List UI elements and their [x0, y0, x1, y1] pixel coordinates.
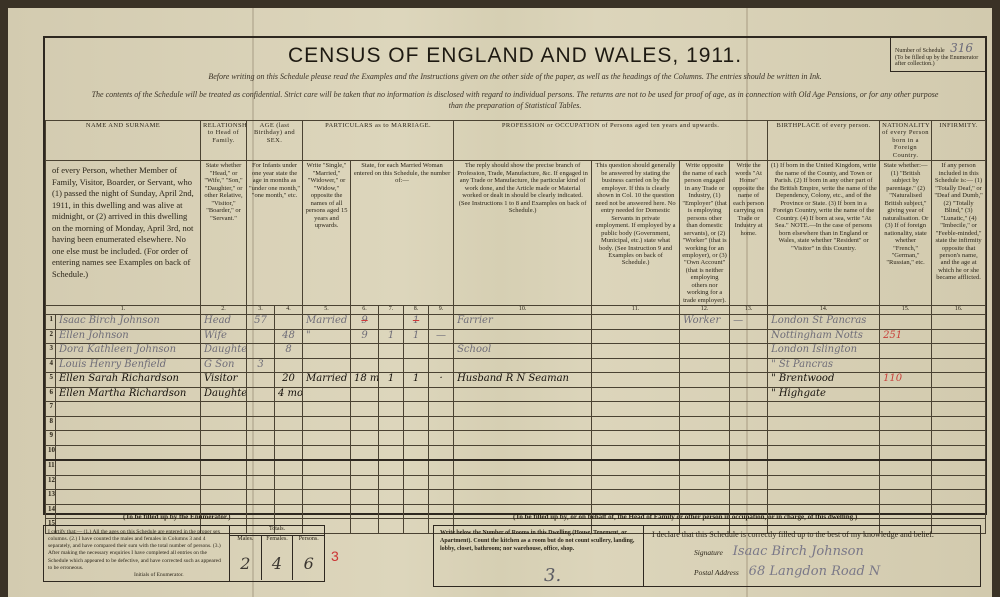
- age-female: [275, 431, 303, 446]
- age-male: [247, 344, 275, 359]
- age-male: 3: [247, 358, 275, 373]
- personal-occupation: [454, 460, 592, 475]
- age-female: 48: [275, 329, 303, 344]
- years-married: 9: [351, 329, 379, 344]
- signature-row: Signature Isaac Birch Johnson: [694, 544, 864, 559]
- children-living: [404, 431, 429, 446]
- header-nationality: NATIONALITY of every Person born in a Fo…: [880, 121, 932, 161]
- marital-status: ": [303, 329, 351, 344]
- age-female: [275, 402, 303, 417]
- schedule-number-note: (To be filled up by the Enumerator after…: [895, 55, 981, 67]
- industry: [592, 475, 680, 490]
- industry: [592, 445, 680, 460]
- row-number: 7: [46, 402, 56, 417]
- industry: [592, 387, 680, 402]
- relationship: [201, 490, 247, 505]
- header-marriage: PARTICULARS as to MARRIAGE.: [303, 121, 454, 161]
- years-married: [351, 460, 379, 475]
- instruction-infirmity: If any person included in this Schedule …: [932, 161, 986, 306]
- col-num: 10.: [454, 306, 592, 315]
- nationality: [880, 344, 932, 359]
- working-at-home: [730, 460, 768, 475]
- age-female: [275, 490, 303, 505]
- row-number: 4: [46, 358, 56, 373]
- person-name: Ellen Martha Richardson: [56, 387, 201, 402]
- header-name: NAME AND SURNAME: [46, 121, 201, 161]
- header-relationship: RELATIONSHIP to Head of Family.: [201, 121, 247, 161]
- table-row: 3Dora Kathleen JohnsonDaughter8SchoolLon…: [46, 344, 986, 359]
- rooms-value: 3.: [544, 564, 561, 587]
- infirmity: [932, 416, 986, 431]
- infirmity: [932, 329, 986, 344]
- infirmity: [932, 387, 986, 402]
- working-at-home: [730, 329, 768, 344]
- person-name: [56, 475, 201, 490]
- rooms-instruction: Write below the Number of Rooms in this …: [440, 530, 634, 552]
- working-at-home: [730, 344, 768, 359]
- children-total: [379, 344, 404, 359]
- personal-occupation: Husband R N Seaman: [454, 373, 592, 388]
- years-married: [351, 387, 379, 402]
- children-living: [404, 358, 429, 373]
- age-female: [275, 460, 303, 475]
- years-married: [351, 431, 379, 446]
- person-name: [56, 490, 201, 505]
- birthplace: [768, 460, 880, 475]
- table-row: 9: [46, 431, 986, 446]
- infirmity: [932, 373, 986, 388]
- nationality: [880, 445, 932, 460]
- nationality: [880, 358, 932, 373]
- children-total: [379, 460, 404, 475]
- age-male: 57: [247, 315, 275, 330]
- table-row: 1Isaac Birch JohnsonHead57Married91Farri…: [46, 315, 986, 330]
- birthplace: [768, 445, 880, 460]
- header-occupation: PROFESSION or OCCUPATION of Persons aged…: [454, 121, 768, 161]
- children-died: [429, 387, 454, 402]
- years-married: [351, 402, 379, 417]
- age-male: [247, 431, 275, 446]
- row-number: 13: [46, 490, 56, 505]
- personal-occupation: [454, 475, 592, 490]
- declaration-box: I declare that this Schedule is correctl…: [643, 525, 981, 587]
- census-table: NAME AND SURNAME RELATIONSHIP to Head of…: [45, 120, 986, 534]
- row-number: 11: [46, 460, 56, 475]
- table-row: 13: [46, 490, 986, 505]
- working-at-home: [730, 490, 768, 505]
- age-female: [275, 475, 303, 490]
- birthplace: Nottingham Notts: [768, 329, 880, 344]
- children-living: [404, 344, 429, 359]
- red-annotation: 3: [331, 548, 339, 564]
- column-number-row: 1. 2. 3. 4. 5. 6. 7. 8. 9. 10. 11. 12. 1…: [46, 306, 986, 315]
- birthplace: " Brentwood: [768, 373, 880, 388]
- household-label: (To be filled up by, or on behalf of, th…: [513, 513, 857, 521]
- census-schedule-page: CENSUS OF ENGLAND AND WALES, 1911. Befor…: [8, 8, 992, 597]
- children-total: [379, 445, 404, 460]
- children-died: ·: [429, 373, 454, 388]
- person-name: [56, 402, 201, 417]
- children-total: [379, 402, 404, 417]
- years-married: 18 mon: [351, 373, 379, 388]
- children-died: [429, 460, 454, 475]
- table-row: 12: [46, 475, 986, 490]
- birthplace: [768, 490, 880, 505]
- person-name: [56, 431, 201, 446]
- relationship: G Son: [201, 358, 247, 373]
- working-at-home: [730, 431, 768, 446]
- nationality: [880, 387, 932, 402]
- employer-status: [680, 373, 730, 388]
- instruction-personal-occupation: The reply should show the precise branch…: [454, 161, 592, 306]
- relationship: [201, 416, 247, 431]
- personal-occupation: [454, 387, 592, 402]
- nationality: 110: [880, 373, 932, 388]
- enumerator-box: I certify that:— (1.) All the ages on th…: [43, 525, 325, 582]
- instruction-employer: Write opposite the name of each person e…: [680, 161, 730, 306]
- birthplace: [768, 431, 880, 446]
- children-living: [404, 475, 429, 490]
- infirmity: [932, 344, 986, 359]
- table-row: 8: [46, 416, 986, 431]
- working-at-home: [730, 416, 768, 431]
- person-name: [56, 416, 201, 431]
- nationality: [880, 416, 932, 431]
- years-married: [351, 358, 379, 373]
- header-birthplace: BIRTHPLACE of every person.: [768, 121, 880, 161]
- header-age: AGE (last Birthday) and SEX.: [247, 121, 303, 161]
- marital-status: Married: [303, 315, 351, 330]
- table-row: 7: [46, 402, 986, 417]
- birthplace: [768, 416, 880, 431]
- marital-status: Married: [303, 373, 351, 388]
- marital-status: [303, 344, 351, 359]
- age-male: [247, 387, 275, 402]
- table-row: 2Ellen JohnsonWife48"911—Nottingham Nott…: [46, 329, 986, 344]
- relationship: [201, 431, 247, 446]
- children-living: [404, 387, 429, 402]
- marital-status: [303, 358, 351, 373]
- table-row: 5Ellen Sarah RichardsonVisitor20Married1…: [46, 373, 986, 388]
- nationality: 251: [880, 329, 932, 344]
- working-at-home: —: [730, 315, 768, 330]
- address-label: Postal Address: [694, 568, 739, 577]
- infirmity: [932, 460, 986, 475]
- working-at-home: [730, 445, 768, 460]
- infirmity: [932, 431, 986, 446]
- children-total: [379, 416, 404, 431]
- birthplace: London Islington: [768, 344, 880, 359]
- confidential-line-2: than the preparation of Statistical Tabl…: [45, 101, 985, 110]
- row-number: 1: [46, 315, 56, 330]
- relationship: Head: [201, 315, 247, 330]
- infirmity: [932, 490, 986, 505]
- marital-status: [303, 402, 351, 417]
- personal-occupation: School: [454, 344, 592, 359]
- address-row: Postal Address 68 Langdon Road N: [694, 564, 880, 579]
- children-living: [404, 402, 429, 417]
- col-num: 12.: [680, 306, 730, 315]
- instruction-home: Write the words "At Home" opposite the n…: [730, 161, 768, 306]
- employer-status: [680, 358, 730, 373]
- person-name: Dora Kathleen Johnson: [56, 344, 201, 359]
- industry: [592, 373, 680, 388]
- age-male: [247, 329, 275, 344]
- enumerator-initials-label: Initials of Enumerator.: [134, 572, 184, 578]
- children-living: [404, 460, 429, 475]
- employer-status: [680, 490, 730, 505]
- persons-value: 6: [293, 554, 324, 573]
- children-living: 1: [404, 315, 429, 330]
- age-female: 8: [275, 344, 303, 359]
- working-at-home: [730, 358, 768, 373]
- children-living: [404, 490, 429, 505]
- col-num: 13.: [730, 306, 768, 315]
- age-female: [275, 358, 303, 373]
- industry: [592, 329, 680, 344]
- years-married: [351, 490, 379, 505]
- children-total: [379, 431, 404, 446]
- age-male: [247, 490, 275, 505]
- children-total: 1: [379, 329, 404, 344]
- col-num: 15.: [880, 306, 932, 315]
- household-rows: 1Isaac Birch JohnsonHead57Married91Farri…: [46, 315, 986, 534]
- infirmity: [932, 315, 986, 330]
- persons-total: Persons.6: [293, 536, 324, 580]
- children-died: [429, 475, 454, 490]
- table-row: 4Louis Henry BenfieldG Son3" St Pancras: [46, 358, 986, 373]
- industry: [592, 344, 680, 359]
- employer-status: [680, 460, 730, 475]
- employer-status: [680, 445, 730, 460]
- age-male: [247, 373, 275, 388]
- person-name: Ellen Johnson: [56, 329, 201, 344]
- working-at-home: [730, 475, 768, 490]
- infirmity: [932, 358, 986, 373]
- children-died: [429, 402, 454, 417]
- signature-value: Isaac Birch Johnson: [733, 544, 864, 559]
- age-male: [247, 445, 275, 460]
- nationality: [880, 402, 932, 417]
- nationality: [880, 475, 932, 490]
- employer-status: [680, 431, 730, 446]
- children-living: 1: [404, 373, 429, 388]
- children-died: —: [429, 329, 454, 344]
- employer-status: Worker: [680, 315, 730, 330]
- children-total: 1: [379, 373, 404, 388]
- person-name: Ellen Sarah Richardson: [56, 373, 201, 388]
- marital-status: [303, 445, 351, 460]
- totals-box: Totals. Males.2 Females.4 Persons.6: [229, 526, 324, 581]
- instruction-nationality: State whether:— (1) "British subject by …: [880, 161, 932, 306]
- infirmity: [932, 402, 986, 417]
- personal-occupation: [454, 431, 592, 446]
- schedule-number-box: Number of Schedule 316 (To be filled up …: [890, 38, 985, 72]
- personal-occupation: [454, 402, 592, 417]
- personal-occupation: Farrier: [454, 315, 592, 330]
- col-num: 16.: [932, 306, 986, 315]
- children-died: [429, 344, 454, 359]
- children-died: [429, 445, 454, 460]
- confidential-line: The contents of the Schedule will be tre…: [45, 90, 985, 99]
- years-married: [351, 475, 379, 490]
- males-total: Males.2: [230, 536, 262, 580]
- personal-occupation: [454, 358, 592, 373]
- totals-label: Totals.: [230, 526, 324, 536]
- person-name: Louis Henry Benfield: [56, 358, 201, 373]
- employer-status: [680, 475, 730, 490]
- schedule-footer: (To be filled up by the Enumerator.) I c…: [43, 513, 983, 597]
- years-married: [351, 344, 379, 359]
- age-female: [275, 445, 303, 460]
- children-living: [404, 445, 429, 460]
- personal-occupation: [454, 416, 592, 431]
- age-female: 20: [275, 373, 303, 388]
- col-num: 5.: [303, 306, 351, 315]
- col-num: 14.: [768, 306, 880, 315]
- employer-status: [680, 387, 730, 402]
- nationality: [880, 460, 932, 475]
- males-value: 2: [230, 554, 261, 573]
- years-married: 9: [351, 315, 379, 330]
- age-male: [247, 475, 275, 490]
- col-num: 11.: [592, 306, 680, 315]
- marital-status: [303, 387, 351, 402]
- age-male: [247, 460, 275, 475]
- row-number: 12: [46, 475, 56, 490]
- males-label: Males.: [237, 536, 253, 542]
- children-died: [429, 490, 454, 505]
- marital-status: [303, 475, 351, 490]
- nationality: [880, 315, 932, 330]
- signature-label: Signature: [694, 548, 723, 557]
- instruction-relationship: State whether "Head," or "Wife," "Son," …: [201, 161, 247, 306]
- instruction-line: Before writing on this Schedule please r…: [45, 72, 985, 81]
- children-died: [429, 315, 454, 330]
- person-name: Isaac Birch Johnson: [56, 315, 201, 330]
- age-female: 4 mon: [275, 387, 303, 402]
- working-at-home: [730, 387, 768, 402]
- birthplace: London St Pancras: [768, 315, 880, 330]
- col-num: 7.: [379, 306, 404, 315]
- children-total: [379, 315, 404, 330]
- infirmity: [932, 445, 986, 460]
- address-value: 68 Langdon Road N: [749, 564, 881, 579]
- children-total: [379, 358, 404, 373]
- table-row: 10: [46, 445, 986, 460]
- schedule-number: 316: [950, 41, 973, 55]
- rooms-box: Write below the Number of Rooms in this …: [433, 525, 643, 587]
- nationality: [880, 490, 932, 505]
- col-num: 2.: [201, 306, 247, 315]
- col-num: 4.: [275, 306, 303, 315]
- industry: [592, 358, 680, 373]
- row-number: 9: [46, 431, 56, 446]
- instruction-age: For Infants under one year state the age…: [247, 161, 303, 306]
- children-died: [429, 431, 454, 446]
- females-total: Females.4: [262, 536, 294, 580]
- children-living: [404, 416, 429, 431]
- col-num: 9.: [429, 306, 454, 315]
- marital-status: [303, 490, 351, 505]
- relationship: Wife: [201, 329, 247, 344]
- enumerator-label: (To be filled up by the Enumerator.): [123, 513, 230, 521]
- employer-status: [680, 416, 730, 431]
- col-num: 1.: [46, 306, 201, 315]
- years-married: [351, 416, 379, 431]
- page-title: CENSUS OF ENGLAND AND WALES, 1911.: [45, 44, 985, 68]
- industry: [592, 416, 680, 431]
- years-married: [351, 445, 379, 460]
- age-male: [247, 402, 275, 417]
- instruction-birthplace: (1) If born in the United Kingdom, write…: [768, 161, 880, 306]
- industry: [592, 431, 680, 446]
- working-at-home: [730, 402, 768, 417]
- industry: [592, 460, 680, 475]
- employer-status: [680, 329, 730, 344]
- age-female: [275, 416, 303, 431]
- industry: [592, 490, 680, 505]
- marital-status: [303, 431, 351, 446]
- industry: [592, 315, 680, 330]
- age-female: [275, 315, 303, 330]
- children-total: [379, 490, 404, 505]
- relationship: [201, 445, 247, 460]
- birthplace: " Highgate: [768, 387, 880, 402]
- table-row: 6Ellen Martha RichardsonDaughter4 mon" H…: [46, 387, 986, 402]
- declaration-text: I declare that this Schedule is correctl…: [652, 530, 972, 539]
- instruction-married-woman: State, for each Married Woman entered on…: [351, 161, 454, 306]
- row-number: 10: [46, 445, 56, 460]
- personal-occupation: [454, 329, 592, 344]
- relationship: [201, 402, 247, 417]
- row-number: 2: [46, 329, 56, 344]
- header-infirmity: INFIRMITY.: [932, 121, 986, 161]
- marital-status: [303, 416, 351, 431]
- col-num: 6.: [351, 306, 379, 315]
- relationship: Visitor: [201, 373, 247, 388]
- marital-status: [303, 460, 351, 475]
- schedule-frame: CENSUS OF ENGLAND AND WALES, 1911. Befor…: [43, 36, 987, 515]
- working-at-home: [730, 373, 768, 388]
- person-name: [56, 460, 201, 475]
- children-died: [429, 358, 454, 373]
- birthplace: [768, 402, 880, 417]
- instruction-industry: This question should generally be answer…: [592, 161, 680, 306]
- relationship: [201, 475, 247, 490]
- nationality: [880, 431, 932, 446]
- relationship: Daughter: [201, 344, 247, 359]
- persons-label: Persons.: [299, 536, 319, 542]
- row-number: 5: [46, 373, 56, 388]
- relationship: [201, 460, 247, 475]
- employer-status: [680, 402, 730, 417]
- row-number: 3: [46, 344, 56, 359]
- relationship: Daughter: [201, 387, 247, 402]
- industry: [592, 402, 680, 417]
- col-num: 3.: [247, 306, 275, 315]
- row-number: 6: [46, 387, 56, 402]
- row-number: 8: [46, 416, 56, 431]
- birthplace: " St Pancras: [768, 358, 880, 373]
- children-died: [429, 416, 454, 431]
- children-total: [379, 475, 404, 490]
- infirmity: [932, 475, 986, 490]
- instruction-marital: Write "Single," "Married," "Widower," or…: [303, 161, 351, 306]
- enumerator-certify: I certify that:— (1.) All the ages on th…: [48, 529, 223, 572]
- instruction-name: of every Person, whether Member of Famil…: [46, 161, 201, 306]
- children-total: [379, 387, 404, 402]
